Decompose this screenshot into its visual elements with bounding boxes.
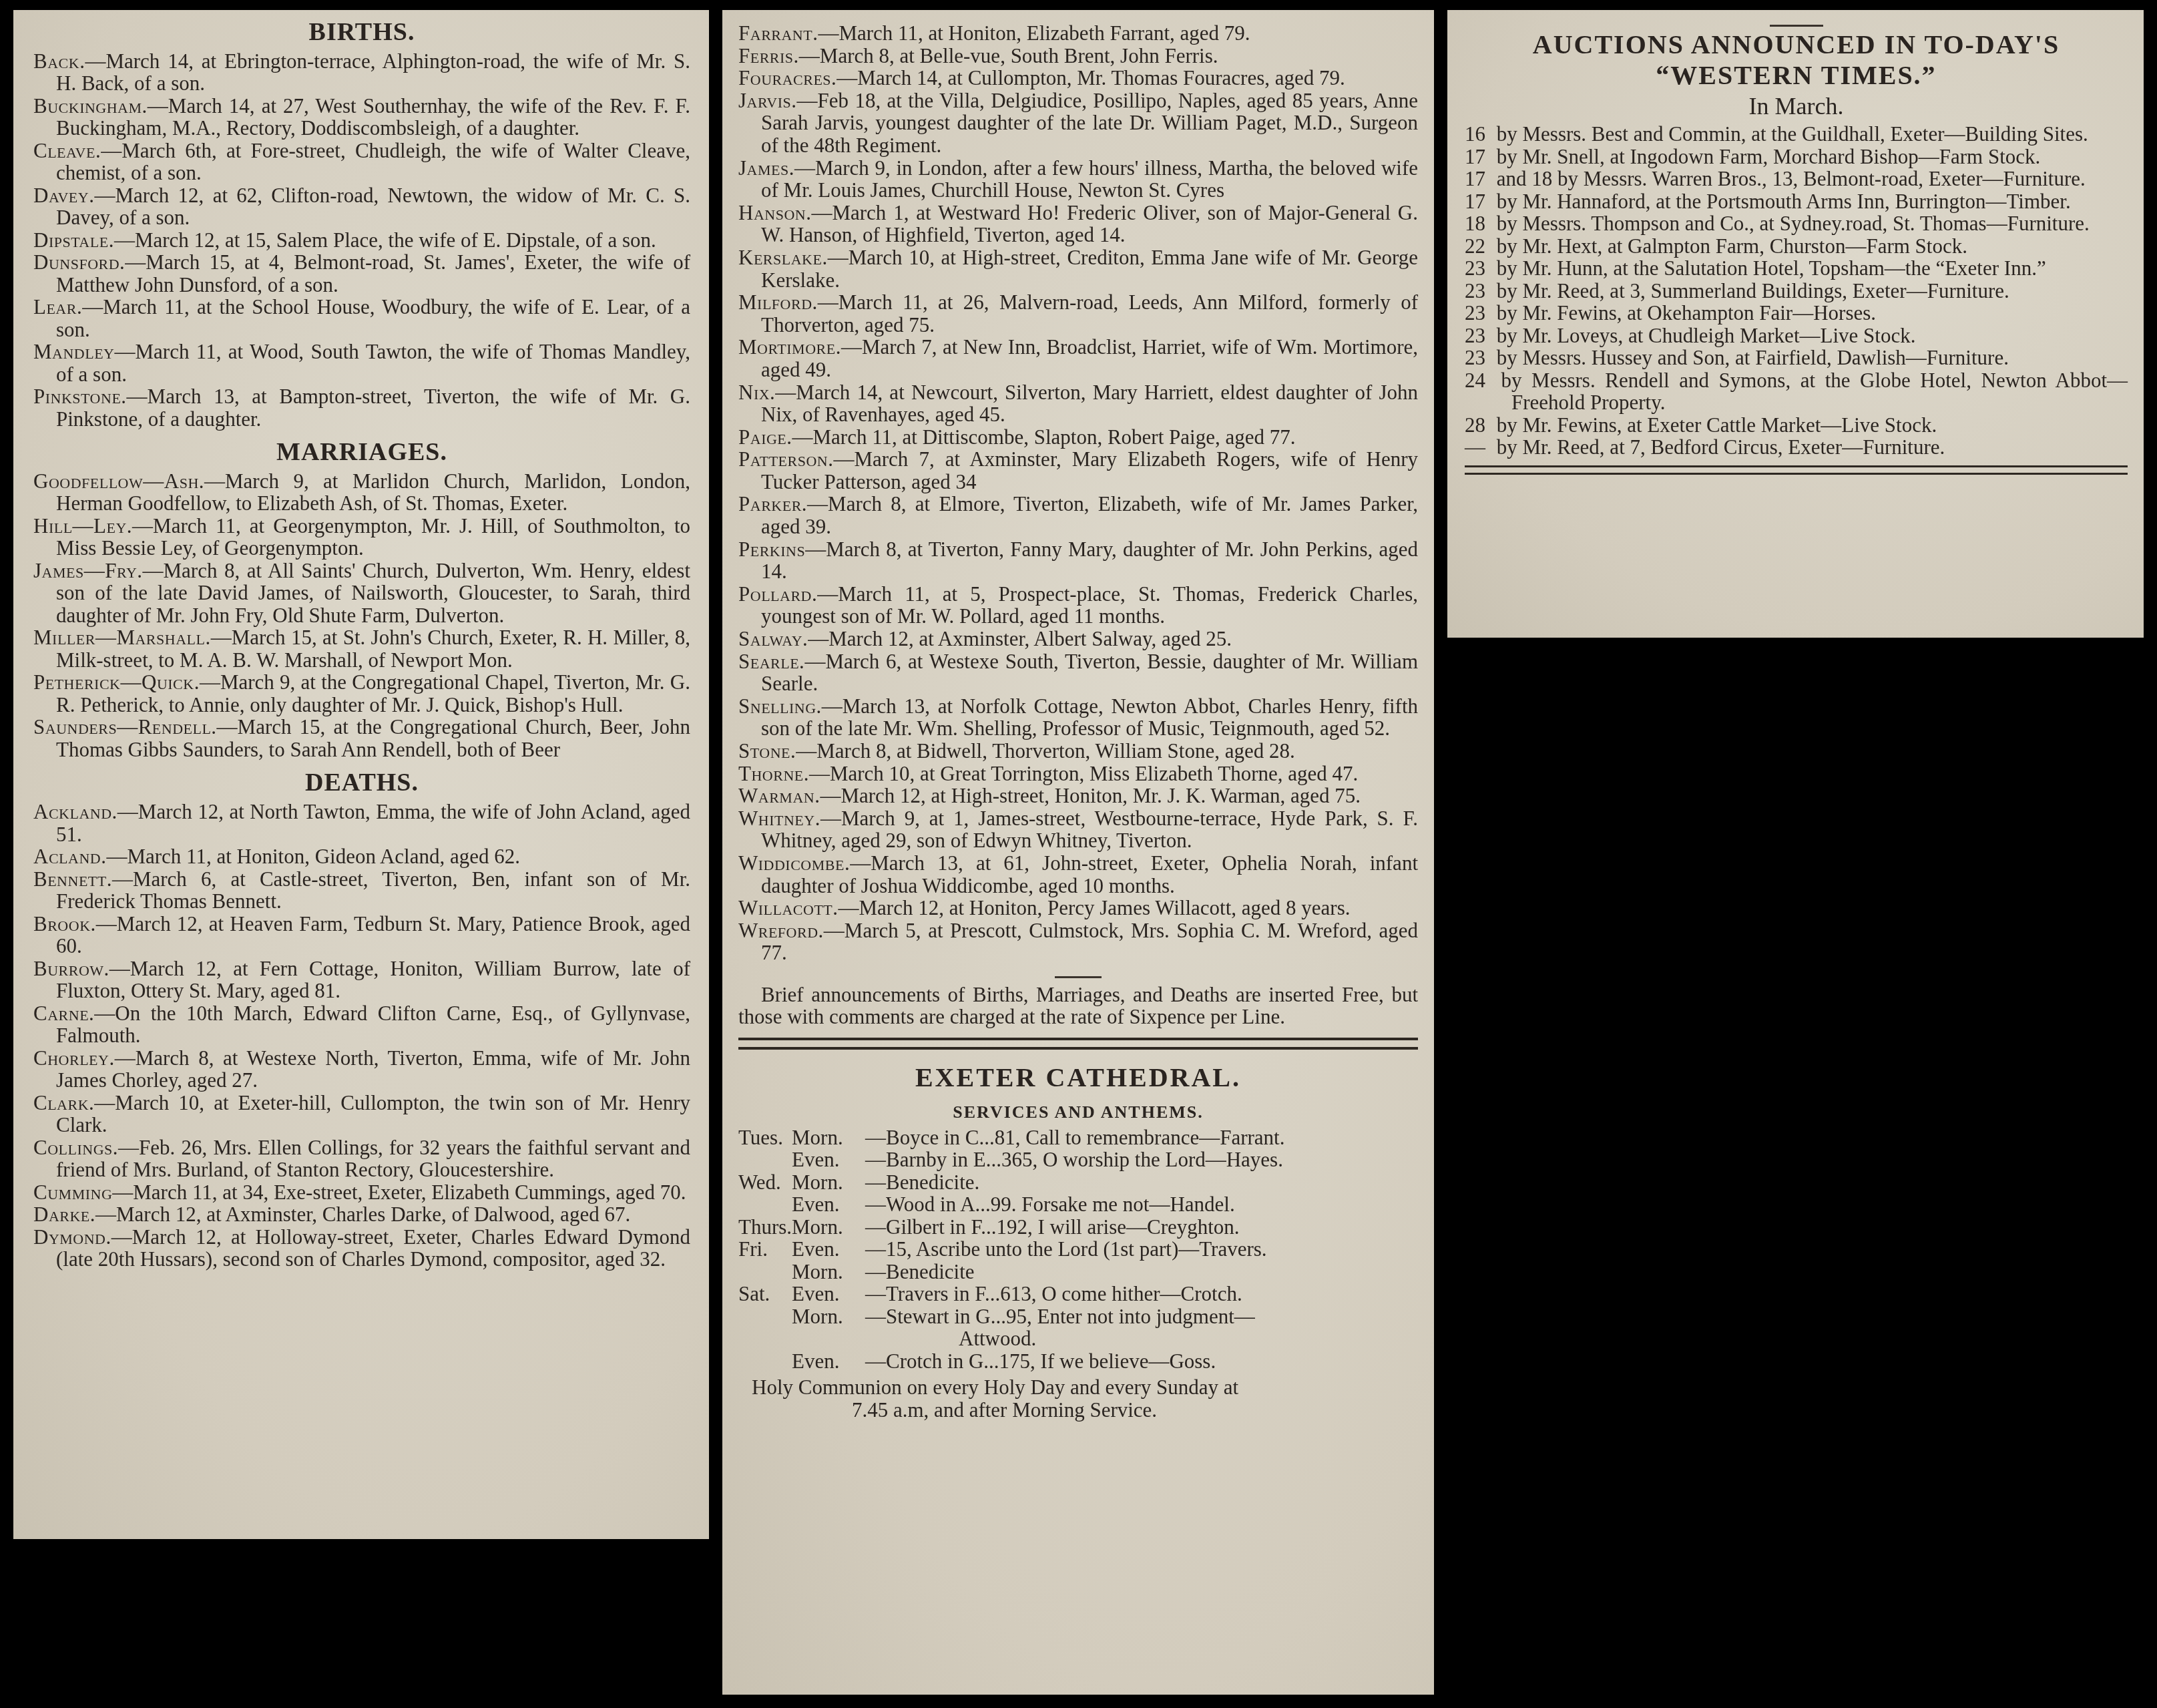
entry-text: —March 12, at North Tawton, Emma, the wi… <box>56 800 690 846</box>
auction-date: 23 <box>1465 257 1491 280</box>
notice-entry: Burrow.—March 12, at Fern Cottage, Honit… <box>33 957 690 1002</box>
entry-text: —March 14, at Ebrington-terrace, Alphing… <box>56 49 690 95</box>
service-row: Morn.—Benedicite <box>738 1261 1418 1283</box>
auction-date: 17 <box>1465 190 1491 213</box>
entry-text: —March 12, at Holloway-street, Exeter, C… <box>56 1225 690 1271</box>
deaths-continued-list: Farrant.—March 11, at Honiton, Elizabeth… <box>738 22 1418 964</box>
notice-entry: Pinkstone.—March 13, at Bampton-street, … <box>33 385 690 430</box>
auction-entry: 23 by Mr. Reed, at 3, Summerland Buildin… <box>1465 280 2128 302</box>
notice-entry: Carne.—On the 10th March, Edward Clifton… <box>33 1002 690 1047</box>
notice-entry: Hanson.—March 1, at Westward Ho! Frederi… <box>738 202 1418 246</box>
service-text: —Boyce in C...81, Call to remembrance—Fa… <box>865 1126 1418 1149</box>
auction-entry: 17 by Mr. Hannaford, at the Portsmouth A… <box>1465 190 2128 213</box>
entry-surname: Fouracres. <box>738 66 836 89</box>
entry-surname: Saunders—Rendell. <box>33 715 217 738</box>
entry-surname: Ackland. <box>33 800 117 823</box>
entry-text: —March 6, at Castle-street, Tiverton, Be… <box>56 867 690 913</box>
entry-surname: Parker. <box>738 492 807 515</box>
entry-surname: Dunsford. <box>33 250 125 274</box>
entry-surname: Ferris. <box>738 44 799 67</box>
births-list: Back.—March 14, at Ebrington-terrace, Al… <box>33 50 690 431</box>
notice-entry: Farrant.—March 11, at Honiton, Elizabeth… <box>738 22 1418 45</box>
marriages-heading: MARRIAGES. <box>33 438 690 467</box>
auction-entry: 17 and 18 by Messrs. Warren Bros., 13, B… <box>1465 168 2128 190</box>
entry-surname: Bennett. <box>33 867 112 891</box>
service-time: Even. <box>792 1193 865 1216</box>
notice-entry: Salway.—March 12, at Axminster, Albert S… <box>738 628 1418 650</box>
service-text: —Crotch in G...175, If we believe—Goss. <box>865 1350 1418 1373</box>
entry-text: —March 13, at Norfolk Cottage, Newton Ab… <box>761 694 1418 740</box>
entry-surname: Stone. <box>738 739 796 763</box>
notice-entry: Davey.—March 12, at 62, Clifton-road, Ne… <box>33 184 690 229</box>
auction-date: 28 <box>1465 414 1491 437</box>
entry-text: —March 12, at High-street, Honiton, Mr. … <box>820 784 1361 807</box>
divider-top <box>1770 25 1823 27</box>
divider-double <box>738 1038 1418 1050</box>
notice-entry: Whitney.—March 9, at 1, James-street, We… <box>738 807 1418 852</box>
notice-entry: Milford.—March 11, at 26, Malvern-road, … <box>738 291 1418 336</box>
auction-text: by Mr. Hunn, at the Salutation Hotel, To… <box>1497 256 2046 280</box>
entry-text: —March 14, at Cullompton, Mr. Thomas Fou… <box>836 66 1345 89</box>
auctions-month: In March. <box>1465 92 2128 120</box>
entry-text: —March 7, at New Inn, Broadclist, Harrie… <box>761 335 1418 381</box>
service-day <box>738 1350 792 1373</box>
entry-text: —On the 10th March, Edward Clifton Carne… <box>56 1002 690 1048</box>
auction-text: by Messrs. Hussey and Son, at Fairfield,… <box>1497 346 2009 369</box>
auction-date: 23 <box>1465 280 1491 302</box>
entry-surname: Wreford. <box>738 919 824 942</box>
auction-entry: 28 by Mr. Fewins, at Exeter Cattle Marke… <box>1465 414 2128 437</box>
entry-surname: Dipstale. <box>33 228 114 252</box>
notice-entry: James.—March 9, in London, after a few h… <box>738 157 1418 202</box>
service-day: Wed. <box>738 1171 792 1194</box>
notice-entry: Cleave.—March 6th, at Fore-street, Chudl… <box>33 140 690 184</box>
notice-entry: Patterson.—March 7, at Axminster, Mary E… <box>738 448 1418 493</box>
entry-text: —March 9, in London, after a few hours' … <box>761 156 1418 202</box>
entry-surname: Goodfellow—Ash. <box>33 469 204 493</box>
service-day <box>738 1193 792 1216</box>
auction-date: 24 <box>1465 369 1491 392</box>
entry-surname: Thorne. <box>738 762 809 785</box>
service-row: Fri.Even.—15, Ascribe unto the Lord (1st… <box>738 1238 1418 1261</box>
auction-text: by Mr. Loveys, at Chudleigh Market—Live … <box>1497 324 1916 347</box>
notice-entry: Cumming—March 11, at 34, Exe-street, Exe… <box>33 1181 690 1204</box>
entry-surname: Cumming <box>33 1181 112 1204</box>
notice-entry: Miller—Marshall.—March 15, at St. John's… <box>33 626 690 671</box>
service-text: —Barnby in E...365, O worship the Lord—H… <box>865 1148 1418 1171</box>
entry-surname: Milford. <box>738 290 818 314</box>
entry-text: —Feb. 26, Mrs. Ellen Collings, for 32 ye… <box>56 1136 690 1182</box>
entry-text: —March 10, at Great Torrington, Miss Eli… <box>809 762 1358 785</box>
auction-entry: 17 by Mr. Snell, at Ingodown Farm, Morch… <box>1465 146 2128 168</box>
entry-text: —March 11, at 5, Prospect-place, St. Tho… <box>761 582 1418 628</box>
entry-text: —March 12, at Honiton, Percy James Willa… <box>838 896 1351 919</box>
service-time: Even. <box>792 1148 865 1171</box>
entry-surname: Pollard. <box>738 582 817 606</box>
service-row: Even.—Barnby in E...365, O worship the L… <box>738 1148 1418 1171</box>
auction-date: 16 <box>1465 123 1491 146</box>
auction-entry: 24 by Messrs. Rendell and Symons, at the… <box>1465 369 2128 414</box>
service-day <box>738 1261 792 1283</box>
clipping-deaths-and-cathedral: Farrant.—March 11, at Honiton, Elizabeth… <box>722 10 1434 1695</box>
service-time: Even. <box>792 1283 865 1305</box>
entry-text: —March 6, at Westexe South, Tiverton, Be… <box>761 650 1418 696</box>
service-row: Morn.—Stewart in G...95, Enter not into … <box>738 1305 1418 1328</box>
notice-entry: Fouracres.—March 14, at Cullompton, Mr. … <box>738 67 1418 89</box>
entry-surname: Carne. <box>33 1002 94 1025</box>
entry-surname: Salway. <box>738 627 808 650</box>
entry-surname: Lear. <box>33 295 82 318</box>
notice-entry: Acland.—March 11, at Honiton, Gideon Acl… <box>33 845 690 868</box>
cathedral-heading: EXETER CATHEDRAL. <box>738 1062 1418 1093</box>
auction-text: by Mr. Reed, at 7, Bedford Circus, Exete… <box>1497 435 1945 459</box>
entry-surname: Whitney. <box>738 807 820 830</box>
auction-entry: 23 by Mr. Fewins, at Okehampton Fair—Hor… <box>1465 302 2128 325</box>
notice-entry: Ferris.—March 8, at Belle-vue, South Bre… <box>738 45 1418 67</box>
notice-entry: Brook.—March 12, at Heaven Farm, Tedburn… <box>33 913 690 957</box>
service-time: Even. <box>792 1350 865 1373</box>
entry-text: —March 11, at 26, Malvern-road, Leeds, A… <box>761 290 1418 337</box>
entry-text: —Feb 18, at the Villa, Delgiudice, Posil… <box>761 89 1418 157</box>
entry-surname: Hill—Ley. <box>33 514 132 538</box>
auction-text: by Mr. Fewins, at Okehampton Fair—Horses… <box>1497 301 1876 325</box>
entry-surname: Brook. <box>33 912 96 935</box>
announcement-notice: Brief announcements of Births, Marriages… <box>738 984 1418 1028</box>
entry-surname: Mortimore. <box>738 335 841 359</box>
entry-text: —March 12, at 15, Salem Place, the wife … <box>114 228 656 252</box>
service-row: Even.—Wood in A...99. Forsake me not—Han… <box>738 1193 1418 1216</box>
auction-entry: 23 by Messrs. Hussey and Son, at Fairfie… <box>1465 347 2128 369</box>
service-time: Morn. <box>792 1171 865 1194</box>
auction-date: 23 <box>1465 347 1491 369</box>
notice-entry: Jarvis.—Feb 18, at the Villa, Delgiudice… <box>738 89 1418 157</box>
entry-text: —March 8, at Tiverton, Fanny Mary, daugh… <box>761 538 1418 584</box>
notice-entry: Thorne.—March 10, at Great Torrington, M… <box>738 763 1418 785</box>
entry-text: —March 8, at Bidwell, Thorverton, Willia… <box>796 739 1295 763</box>
service-day: Sat. <box>738 1283 792 1305</box>
notice-entry: Hill—Ley.—March 11, at Georgenympton, Mr… <box>33 515 690 560</box>
divider-double-bottom <box>1465 465 2128 475</box>
divider-short <box>1055 976 1102 978</box>
auction-text: by Messrs. Thompson and Co., at Sydney.r… <box>1497 212 2090 235</box>
notice-entry: Collings.—Feb. 26, Mrs. Ellen Collings, … <box>33 1136 690 1181</box>
auction-date: 23 <box>1465 325 1491 347</box>
service-text: —Travers in F...613, O come hither—Crotc… <box>865 1283 1418 1305</box>
service-text: —15, Ascribe unto the Lord (1st part)—Tr… <box>865 1238 1418 1261</box>
entry-surname: Davey. <box>33 184 94 207</box>
notice-entry: Back.—March 14, at Ebrington-terrace, Al… <box>33 50 690 95</box>
service-text: —Benedicite <box>865 1261 1418 1283</box>
auction-entry: 23 by Mr. Loveys, at Chudleigh Market—Li… <box>1465 325 2128 347</box>
deaths-list: Ackland.—March 12, at North Tawton, Emma… <box>33 801 690 1271</box>
entry-surname: Nix. <box>738 381 775 404</box>
service-continuation: Attwood. <box>738 1327 1418 1350</box>
entry-text: —March 7, at Axminster, Mary Elizabeth R… <box>761 447 1418 493</box>
service-day <box>738 1305 792 1328</box>
auction-text: by Mr. Fewins, at Exeter Cattle Market—L… <box>1497 413 1937 437</box>
entry-text: —March 5, at Prescott, Culmstock, Mrs. S… <box>761 919 1418 965</box>
entry-surname: Perkins <box>738 538 805 561</box>
entry-surname: Farrant. <box>738 21 818 45</box>
notice-entry: Pollard.—March 11, at 5, Prospect-place,… <box>738 583 1418 628</box>
service-text: —Gilbert in F...192, I will arise—Creygh… <box>865 1216 1418 1239</box>
entry-surname: Warman. <box>738 784 820 807</box>
auction-text: by Mr. Reed, at 3, Summerland Buildings,… <box>1497 279 2009 302</box>
entry-text: —March 13, at Bampton-street, Tiverton, … <box>56 385 690 431</box>
entry-text: —March 15, at 4, Belmont-road, St. James… <box>56 250 690 296</box>
service-row: Wed.Morn.—Benedicite. <box>738 1171 1418 1194</box>
auction-text: by Mr. Hext, at Galmpton Farm, Churston—… <box>1497 234 1967 258</box>
auction-text: by Messrs. Rendell and Symons, at the Gl… <box>1501 369 2128 415</box>
entry-surname: Dymond. <box>33 1225 111 1249</box>
notice-entry: Darke.—March 12, at Axminster, Charles D… <box>33 1203 690 1226</box>
entry-text: —March 1, at Westward Ho! Frederic Olive… <box>761 201 1418 247</box>
entry-surname: Mandley <box>33 340 115 363</box>
auction-date: 17 <box>1465 146 1491 168</box>
auction-entry: 22 by Mr. Hext, at Galmpton Farm, Churst… <box>1465 235 2128 258</box>
entry-surname: Darke. <box>33 1203 95 1226</box>
service-time: Morn. <box>792 1216 865 1239</box>
service-row: Sat.Even.—Travers in F...613, O come hit… <box>738 1283 1418 1305</box>
notice-entry: Snelling.—March 13, at Norfolk Cottage, … <box>738 695 1418 740</box>
service-time: Even. <box>792 1238 865 1261</box>
auction-date: 23 <box>1465 302 1491 325</box>
notice-entry: Warman.—March 12, at High-street, Honito… <box>738 785 1418 807</box>
notice-entry: Nix.—March 14, at Newcourt, Silverton, M… <box>738 381 1418 426</box>
entry-surname: Cleave. <box>33 139 101 162</box>
notice-entry: Parker.—March 8, at Elmore, Tiverton, El… <box>738 493 1418 538</box>
auction-date: 18 <box>1465 212 1491 235</box>
service-time: Morn. <box>792 1305 865 1328</box>
entry-text: —March 12, at Heaven Farm, Tedburn St. M… <box>56 912 690 958</box>
entry-text: —March 12, at 62, Clifton-road, Newtown,… <box>56 184 690 230</box>
auctions-heading-paper: “WESTERN TIMES.” <box>1465 60 2128 91</box>
notice-entry: Petherick—Quick.—March 9, at the Congreg… <box>33 671 690 716</box>
entry-text: —March 11, at Honiton, Gideon Acland, ag… <box>106 845 520 868</box>
entry-text: —March 14, at Newcourt, Silverton, Mary … <box>761 381 1418 427</box>
auction-entry: 23 by Mr. Hunn, at the Salutation Hotel,… <box>1465 257 2128 280</box>
entry-surname: Pinkstone. <box>33 385 127 408</box>
notice-entry: Bennett.—March 6, at Castle-street, Tive… <box>33 868 690 913</box>
communion-line-1: Holy Communion on every Holy Day and eve… <box>752 1375 1238 1399</box>
auctions-list: 16 by Messrs. Best and Commin, at the Gu… <box>1465 123 2128 459</box>
entry-text: —March 11, at Honiton, Elizabeth Farrant… <box>818 21 1250 45</box>
entry-text: —March 14, at 27, West Southernhay, the … <box>56 94 690 140</box>
entry-surname: Miller—Marshall. <box>33 626 211 649</box>
notice-entry: Dipstale.—March 12, at 15, Salem Place, … <box>33 229 690 252</box>
notice-entry: Chorley.—March 8, at Westexe North, Tive… <box>33 1047 690 1092</box>
entry-surname: Widdicombe. <box>738 851 850 875</box>
entry-surname: Willacott. <box>738 896 838 919</box>
entry-surname: Burrow. <box>33 957 109 980</box>
services-list: Tues.Morn.—Boyce in C...81, Call to reme… <box>738 1126 1418 1373</box>
entry-text: —March 11, at Dittiscombe, Slapton, Robe… <box>792 425 1296 449</box>
notice-entry: Mortimore.—March 7, at New Inn, Broadcli… <box>738 336 1418 381</box>
auction-text: by Messrs. Best and Commin, at the Guild… <box>1497 122 2088 146</box>
entry-surname: Back. <box>33 49 85 73</box>
notice-entry: Clark.—March 10, at Exeter-hill, Cullomp… <box>33 1092 690 1136</box>
notice-entry: Perkins—March 8, at Tiverton, Fanny Mary… <box>738 538 1418 583</box>
notice-entry: Buckingham.—March 14, at 27, West Southe… <box>33 95 690 140</box>
auction-entry: 18 by Messrs. Thompson and Co., at Sydne… <box>1465 212 2128 235</box>
entry-surname: Searle. <box>738 650 804 673</box>
entry-surname: Snelling. <box>738 694 822 718</box>
cathedral-subheading: SERVICES AND ANTHEMS. <box>738 1102 1418 1122</box>
notice-entry: James—Fry.—March 8, at All Saints' Churc… <box>33 560 690 627</box>
notice-entry: Wreford.—March 5, at Prescott, Culmstock… <box>738 919 1418 964</box>
notice-entry: Goodfellow—Ash.—March 9, at Marlidon Chu… <box>33 470 690 515</box>
notice-entry: Dymond.—March 12, at Holloway-street, Ex… <box>33 1226 690 1271</box>
clipping-auctions: AUCTIONS ANNOUNCED IN TO-DAY'S “WESTERN … <box>1447 10 2144 638</box>
notice-entry: Stone.—March 8, at Bidwell, Thorverton, … <box>738 740 1418 763</box>
communion-line-2: 7.45 a.m, and after Morning Service. <box>752 1399 1418 1422</box>
entry-surname: Chorley. <box>33 1046 115 1070</box>
entry-text: —March 9, at 1, James-street, Westbourne… <box>761 807 1418 853</box>
entry-text: —March 8, at All Saints' Church, Dulvert… <box>56 559 690 627</box>
service-time: Morn. <box>792 1261 865 1283</box>
entry-surname: Kerslake. <box>738 246 828 269</box>
entry-text: —March 11, at Wood, South Tawton, the wi… <box>56 340 690 386</box>
entry-surname: James—Fry. <box>33 559 143 582</box>
entry-text: —March 12, at Fern Cottage, Honiton, Wil… <box>56 957 690 1003</box>
service-text: —Stewart in G...95, Enter not into judgm… <box>865 1305 1418 1328</box>
entry-surname: Paige. <box>738 425 792 449</box>
entry-surname: Buckingham. <box>33 94 148 118</box>
notice-entry: Mandley—March 11, at Wood, South Tawton,… <box>33 341 690 385</box>
auction-text: and 18 by Messrs. Warren Bros., 13, Belm… <box>1497 167 2086 190</box>
clipping-births-marriages-deaths: BIRTHS. Back.—March 14, at Ebrington-ter… <box>13 10 709 1539</box>
entry-text: —March 8, at Belle-vue, South Brent, Joh… <box>799 44 1218 67</box>
service-text: —Wood in A...99. Forsake me not—Handel. <box>865 1193 1418 1216</box>
notice-entry: Ackland.—March 12, at North Tawton, Emma… <box>33 801 690 845</box>
communion-notice: Holy Communion on every Holy Day and eve… <box>738 1376 1418 1421</box>
entry-text: —March 10, at Exeter-hill, Cullompton, t… <box>56 1091 690 1137</box>
service-day: Fri. <box>738 1238 792 1261</box>
auction-date: 17 <box>1465 168 1491 190</box>
entry-surname: Hanson. <box>738 201 811 224</box>
notice-entry: Paige.—March 11, at Dittiscombe, Slapton… <box>738 426 1418 449</box>
notice-entry: Saunders—Rendell.—March 15, at the Congr… <box>33 716 690 761</box>
service-day <box>738 1148 792 1171</box>
service-time: Morn. <box>792 1126 865 1149</box>
entry-text: —March 12, at Axminster, Charles Darke, … <box>95 1203 630 1226</box>
entry-text: —March 6th, at Fore-street, Chudleigh, t… <box>56 139 690 185</box>
entry-surname: James. <box>738 156 794 180</box>
entry-text: —March 12, at Axminster, Albert Salway, … <box>808 627 1232 650</box>
entry-surname: Jarvis. <box>738 89 797 112</box>
entry-surname: Acland. <box>33 845 106 868</box>
notice-entry: Searle.—March 6, at Westexe South, Tiver… <box>738 650 1418 695</box>
entry-text: —March 10, at High-street, Crediton, Emm… <box>761 246 1418 292</box>
births-heading: BIRTHS. <box>33 18 690 47</box>
entry-surname: Clark. <box>33 1091 94 1114</box>
entry-surname: Collings. <box>33 1136 118 1159</box>
notice-entry: Kerslake.—March 10, at High-street, Cred… <box>738 246 1418 291</box>
notice-entry: Willacott.—March 12, at Honiton, Percy J… <box>738 897 1418 919</box>
entry-surname: Patterson. <box>738 447 833 471</box>
notice-entry: Lear.—March 11, at the School House, Woo… <box>33 296 690 341</box>
entry-text: —March 8, at Elmore, Tiverton, Elizabeth… <box>761 492 1418 538</box>
service-row: Thurs.Morn.—Gilbert in F...192, I will a… <box>738 1216 1418 1239</box>
service-row: Even.—Crotch in G...175, If we believe—G… <box>738 1350 1418 1373</box>
auction-entry: — by Mr. Reed, at 7, Bedford Circus, Exe… <box>1465 436 2128 459</box>
deaths-heading: DEATHS. <box>33 769 690 798</box>
entry-text: —March 13, at 61, John-street, Exeter, O… <box>761 851 1418 897</box>
auction-text: by Mr. Hannaford, at the Portsmouth Arms… <box>1497 190 2071 213</box>
service-text: —Benedicite. <box>865 1171 1418 1194</box>
service-day: Tues. <box>738 1126 792 1149</box>
entry-text: —March 11, at the School House, Woodbury… <box>56 295 690 341</box>
auction-entry: 16 by Messrs. Best and Commin, at the Gu… <box>1465 123 2128 146</box>
entry-text: —March 11, at Georgenympton, Mr. J. Hill… <box>56 514 690 560</box>
notice-entry: Widdicombe.—March 13, at 61, John-street… <box>738 852 1418 897</box>
entry-text: —March 11, at 34, Exe-street, Exeter, El… <box>112 1181 686 1204</box>
auction-date: — <box>1465 436 1491 459</box>
notice-entry: Dunsford.—March 15, at 4, Belmont-road, … <box>33 251 690 296</box>
auctions-heading: AUCTIONS ANNOUNCED IN TO-DAY'S <box>1465 29 2128 60</box>
auction-text: by Mr. Snell, at Ingodown Farm, Morchard… <box>1497 145 2041 168</box>
service-row: Tues.Morn.—Boyce in C...81, Call to reme… <box>738 1126 1418 1149</box>
entry-text: —March 8, at Westexe North, Tiverton, Em… <box>56 1046 690 1092</box>
service-day: Thurs. <box>738 1216 792 1239</box>
auction-date: 22 <box>1465 235 1491 258</box>
entry-surname: Petherick—Quick. <box>33 670 200 694</box>
marriages-list: Goodfellow—Ash.—March 9, at Marlidon Chu… <box>33 470 690 761</box>
